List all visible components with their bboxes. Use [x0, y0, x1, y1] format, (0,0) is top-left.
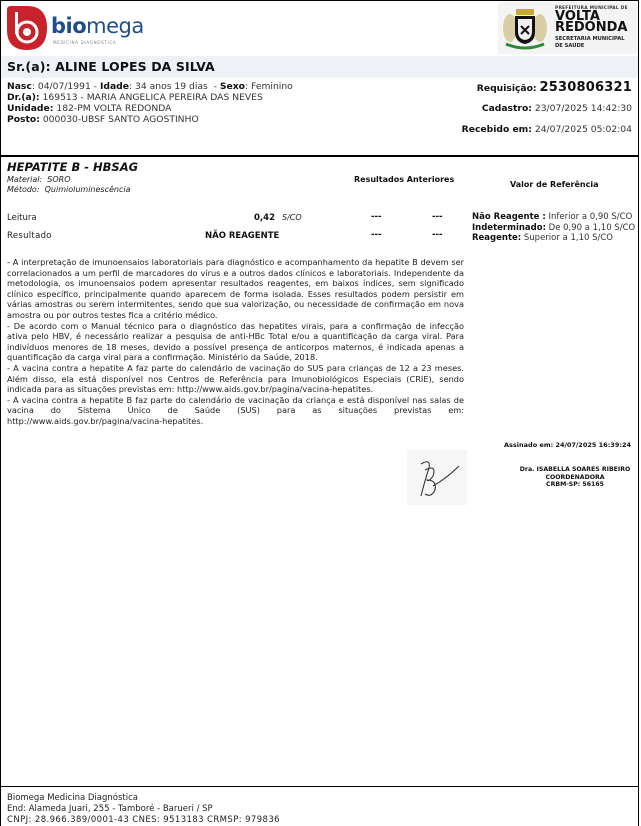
biomega-logo: biomega MEDICINA DIAGNÓSTICA: [3, 2, 138, 54]
patient-name-bar: Sr.(a): ALINE LOPES DA SILVA: [1, 56, 638, 78]
biomega-tagline: MEDICINA DIAGNÓSTICA: [53, 40, 116, 45]
previous-result-1: ---: [371, 212, 382, 222]
signature-image: [407, 450, 467, 505]
reference-values: Não Reagente : Inferior a 0,90 S/CO Inde…: [472, 212, 637, 244]
previous-result-2: ---: [432, 212, 443, 222]
signed-at: Assinado em: 24/07/2025 16:39:24: [504, 441, 631, 449]
note-paragraph: - De acordo com o Manual técnico para o …: [7, 321, 464, 363]
requisition-number: 2530806321: [540, 80, 632, 95]
result-value-reading: 0,42: [254, 213, 275, 223]
patient-post-line: Posto: 000030-UBSF SANTO AGOSTINHO: [7, 114, 199, 125]
signer-block: Dra. ISABELLA SOARES RIBEIRO COORDENADOR…: [515, 466, 635, 489]
exam-notes: - A interpretação de imunoensaios labora…: [7, 257, 464, 427]
gov-logo-line4: SECRETARIA MUNICIPAL: [555, 36, 625, 42]
result-label-result: Resultado: [7, 231, 52, 241]
gov-logo-line3: REDONDA: [555, 22, 627, 34]
footer-registry: CNPJ: 28.966.389/0001-43 CNES: 9513183 C…: [7, 815, 280, 826]
signature-scribble-icon: [407, 450, 467, 505]
reference-reactive: Reagente: Superior a 1,10 S/CO: [472, 233, 637, 244]
result-label-reading: Leitura: [7, 213, 37, 223]
volta-redonda-logo: PREFEITURA MUNICIPAL DE VOLTA REDONDA SE…: [498, 2, 638, 54]
exam-material: Material: SORO: [7, 175, 71, 184]
previous-result-2: ---: [432, 230, 443, 240]
signer-role: COORDENADORA: [515, 474, 635, 482]
note-paragraph: - A vacina contra a hepatite B faz parte…: [7, 395, 464, 427]
received-line: Recebido em: 24/07/2025 05:02:04: [462, 124, 632, 135]
result-unit-reading: S/CO: [282, 213, 302, 222]
header-divider: [0, 155, 639, 157]
requisition-line: Requisição: 2530806321: [477, 80, 632, 95]
biomega-wordmark: biomega: [51, 14, 144, 38]
reference-header: Valor de Referência: [510, 180, 599, 189]
result-value-result: NÃO REAGENTE: [205, 231, 279, 241]
reference-indeterminate: Indeterminado: De 0,90 a 1,10 S/CO: [472, 223, 637, 234]
gov-logo-line5: DE SAUDE: [555, 43, 584, 49]
previous-results-header: Resultados Anteriores: [354, 175, 454, 184]
exam-method: Método: Quimioluminescência: [7, 185, 131, 194]
patient-birth-line: Nasc: 04/07/1991 - Idade: 34 anos 19 dia…: [7, 81, 293, 92]
coat-of-arms-icon: [502, 4, 548, 52]
note-paragraph: - A vacina contra a hepatite A faz parte…: [7, 363, 464, 395]
footer-address: End: Alameda Juari, 255 - Tamboré - Baru…: [7, 804, 280, 815]
previous-result-1: ---: [371, 230, 382, 240]
patient-doctor-line: Dr.(a): 169513 - MARIA ANGELICA PEREIRA …: [7, 92, 263, 103]
cadastro-line: Cadastro: 23/07/2025 14:42:30: [482, 103, 632, 114]
footer: Biomega Medicina Diagnóstica End: Alamed…: [7, 793, 280, 826]
signer-name: Dra. ISABELLA SOARES RIBEIRO: [515, 466, 635, 474]
footer-company: Biomega Medicina Diagnóstica: [7, 793, 280, 804]
reference-non-reactive: Não Reagente : Inferior a 0,90 S/CO: [472, 212, 637, 223]
patient-name: Sr.(a): ALINE LOPES DA SILVA: [7, 59, 215, 74]
patient-unit-line: Unidade: 182-PM VOLTA REDONDA: [7, 103, 171, 114]
note-paragraph: - A interpretação de imunoensaios labora…: [7, 257, 464, 321]
signer-registry: CRBM-SP: 56165: [515, 481, 635, 489]
footer-divider: [0, 786, 639, 787]
exam-title: HEPATITE B - HBSAG: [7, 160, 138, 174]
